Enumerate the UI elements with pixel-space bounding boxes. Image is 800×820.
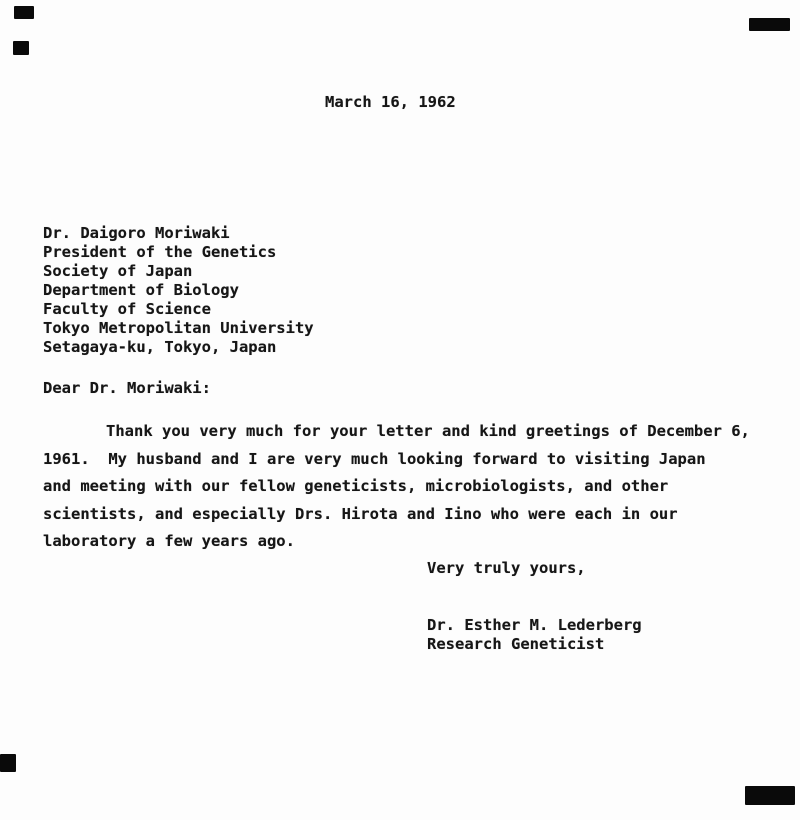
recipient-line: Setagaya-ku, Tokyo, Japan: [43, 338, 314, 357]
letter-date: March 16, 1962: [325, 93, 456, 112]
body-line: 1961. My husband and I are very much loo…: [43, 446, 773, 474]
scan-mark-bottom-right: [745, 786, 795, 805]
recipient-line: Faculty of Science: [43, 300, 314, 319]
scan-mark-left-edge: [0, 754, 16, 772]
signature-title: Research Geneticist: [427, 635, 642, 654]
body-line: scientists, and especially Drs. Hirota a…: [43, 501, 773, 529]
body-line: Thank you very much for your letter and …: [43, 418, 773, 446]
body-line: laboratory a few years ago.: [43, 528, 773, 556]
recipient-address-block: Dr. Daigoro Moriwaki President of the Ge…: [43, 224, 314, 357]
signature-block: Dr. Esther M. Lederberg Research Genetic…: [427, 616, 642, 654]
salutation: Dear Dr. Moriwaki:: [43, 379, 211, 398]
recipient-line: Dr. Daigoro Moriwaki: [43, 224, 314, 243]
recipient-line: Society of Japan: [43, 262, 314, 281]
scan-mark-top-left-2: [13, 41, 29, 55]
letter-document: March 16, 1962 Dr. Daigoro Moriwaki Pres…: [0, 0, 800, 820]
scan-mark-top-left-1: [14, 6, 34, 19]
signature-name: Dr. Esther M. Lederberg: [427, 616, 642, 635]
recipient-line: Department of Biology: [43, 281, 314, 300]
recipient-line: Tokyo Metropolitan University: [43, 319, 314, 338]
recipient-line: President of the Genetics: [43, 243, 314, 262]
body-line: and meeting with our fellow geneticists,…: [43, 473, 773, 501]
letter-body: Thank you very much for your letter and …: [43, 418, 773, 556]
closing: Very truly yours,: [427, 559, 586, 578]
scan-mark-top-right: [749, 18, 790, 31]
